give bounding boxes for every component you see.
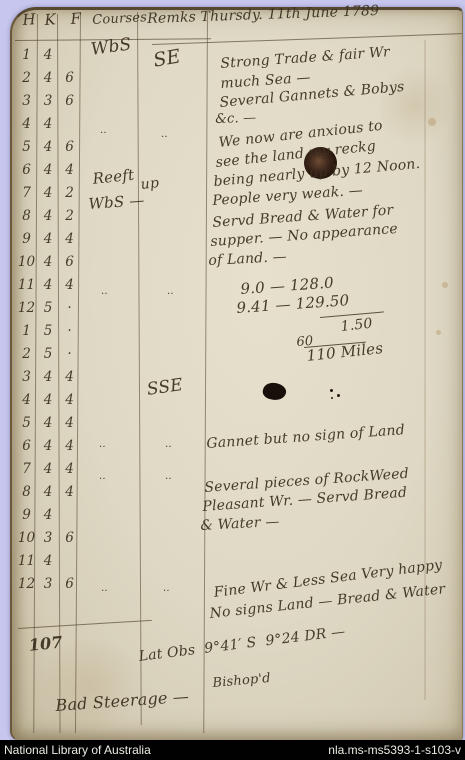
ditto-mark: .. [167,287,174,297]
log-cell-k: 4 [38,44,58,67]
log-cell-h: 5 [15,136,38,159]
log-cell-h: 5 [15,412,38,435]
log-cell-k: 5 [38,343,58,366]
table-row: 1236 [15,573,81,596]
column-header-knots: K [44,12,56,28]
column-header-fathoms: F [70,11,82,27]
foxing-spot [436,330,441,335]
log-cell-f: 2 [58,205,81,228]
log-cell-k: 4 [38,458,58,481]
log-cell-f: 4 [58,366,81,389]
log-cell-f: 4 [58,389,81,412]
log-cell-k: 4 [38,550,58,573]
table-row: 1046 [15,251,81,274]
log-cell-h: 11 [15,550,38,573]
column-header-hours: H [22,12,36,28]
log-cell-f: 6 [58,527,81,550]
log-cell-k: 4 [38,389,58,412]
ditto-mark: .. [99,440,106,450]
ditto-mark: .. [101,287,108,297]
log-cell-h: 12 [15,573,38,596]
log-cell-f: 6 [58,251,81,274]
ditto-mark: .. [99,472,106,482]
log-cell-f: · [58,297,81,320]
log-cell-k: 4 [38,251,58,274]
table-row: 15· [15,320,81,343]
log-cell-f: 4 [58,274,81,297]
log-cell-f: 6 [58,136,81,159]
ink-speck [337,394,340,397]
manuscript-page: 142463364454664474284294410461144125·15·… [0,0,465,760]
ditto-mark: .. [165,472,172,482]
log-cell-h: 1 [15,320,38,343]
log-cell-k: 3 [38,90,58,113]
table-row: 644 [15,159,81,182]
log-cell-f: 4 [58,435,81,458]
table-row: 944 [15,228,81,251]
hours-total: 107 [28,634,63,653]
log-cell-h: 9 [15,504,38,527]
log-cell-k: 4 [38,504,58,527]
position-calculation: 1.50 [340,317,373,334]
foxing-spot [428,118,436,126]
log-cell-k: 4 [38,435,58,458]
log-cell-k: 4 [38,412,58,435]
log-cell-h: 6 [15,159,38,182]
table-row: 344 [15,366,81,389]
log-cell-k: 4 [38,136,58,159]
log-cell-f [58,44,81,67]
course-entry: Reeft [92,168,135,187]
log-cell-k: 3 [38,573,58,596]
table-row: 336 [15,90,81,113]
remark-line: & Water — [200,515,280,533]
table-row: 546 [15,136,81,159]
log-cell-k: 4 [38,366,58,389]
log-cell-k: 4 [38,113,58,136]
wind-entry: up [140,176,160,192]
table-row: 842 [15,205,81,228]
foxing-spot [442,282,448,288]
log-cell-h: 4 [15,113,38,136]
log-cell-k: 5 [38,320,58,343]
log-cell-h: 7 [15,458,38,481]
ditto-mark: .. [100,126,107,136]
table-row: 125· [15,297,81,320]
log-cell-k: 4 [38,205,58,228]
ditto-mark: .. [163,584,170,594]
table-row: 742 [15,182,81,205]
log-cell-k: 4 [38,274,58,297]
log-cell-k: 3 [38,527,58,550]
log-cell-f: · [58,320,81,343]
column-header-courses: Courses [92,11,147,27]
log-cell-k: 5 [38,297,58,320]
table-row: 44 [15,113,81,136]
log-cell-k: 4 [38,182,58,205]
remark-line: &c. — [215,112,257,126]
log-cell-k: 4 [38,67,58,90]
log-cell-h: 11 [15,274,38,297]
ditto-mark: .. [165,440,172,450]
log-cell-f: 4 [58,458,81,481]
log-cell-h: 2 [15,343,38,366]
log-cell-f [58,550,81,573]
library-name: National Library of Australia [4,743,151,757]
ditto-mark: .. [161,130,168,140]
log-cell-h: 10 [15,251,38,274]
table-row: 544 [15,412,81,435]
log-cell-f: 4 [58,228,81,251]
log-cell-f: 4 [58,159,81,182]
log-cell-f: 6 [58,573,81,596]
table-row: 444 [15,389,81,412]
table-row: 25· [15,343,81,366]
table-row: 1036 [15,527,81,550]
log-cell-h: 1 [15,44,38,67]
log-cell-h: 6 [15,435,38,458]
log-table: 142463364454664474284294410461144125·15·… [15,44,81,596]
log-cell-h: 3 [15,366,38,389]
ink-speck [331,397,333,399]
log-cell-h: 3 [15,90,38,113]
item-id: nla.ms-ms5393-1-s103-v [328,743,461,757]
log-cell-f: 4 [58,481,81,504]
log-cell-f [58,113,81,136]
table-row: 844 [15,481,81,504]
course-entry: WbS — [88,193,145,212]
log-cell-h: 10 [15,527,38,550]
table-row: 1144 [15,274,81,297]
table-row: 114 [15,550,81,573]
paper-crease [424,40,426,700]
log-cell-h: 9 [15,228,38,251]
table-row: 246 [15,67,81,90]
wind-entry: SSE [146,377,184,399]
wind-entry: SE [152,47,182,70]
log-cell-f: 4 [58,412,81,435]
log-cell-k: 4 [38,481,58,504]
table-row: 744 [15,458,81,481]
ditto-mark: .. [101,584,108,594]
table-row: 14 [15,44,81,67]
log-cell-h: 8 [15,481,38,504]
ink-speck [330,389,333,392]
log-cell-f: 6 [58,67,81,90]
table-row: 94 [15,504,81,527]
log-cell-f: 6 [58,90,81,113]
log-cell-k: 4 [38,159,58,182]
caption-bar: National Library of Australia nla.ms-ms5… [0,740,465,760]
remark-line: of Land. — [208,250,287,268]
log-cell-h: 2 [15,67,38,90]
log-cell-f: · [58,343,81,366]
log-cell-f [58,504,81,527]
table-row: 644 [15,435,81,458]
log-cell-h: 4 [15,389,38,412]
log-cell-f: 2 [58,182,81,205]
log-cell-k: 4 [38,228,58,251]
log-cell-h: 7 [15,182,38,205]
log-cell-h: 8 [15,205,38,228]
log-cell-h: 12 [15,297,38,320]
